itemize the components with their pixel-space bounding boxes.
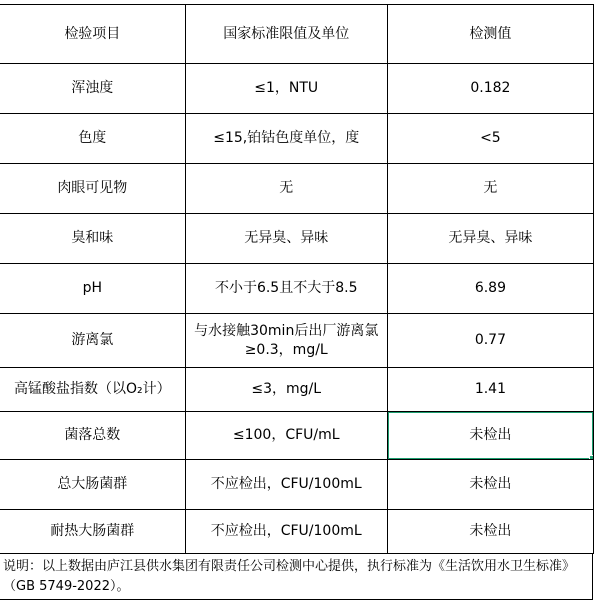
table-row: 高锰酸盐指数（以O₂计） ≤3，mg/L 1.41 [0, 368, 594, 412]
header-cell-standard[interactable]: 国家标准限值及单位 [185, 5, 387, 64]
cell-value-colony-count-selected[interactable]: 未检出 [387, 412, 593, 460]
table-row: 臭和味 无异臭、异味 无异臭、异味 [0, 214, 594, 264]
cell-item-thermotolerant-coliforms[interactable]: 耐热大肠菌群 [0, 510, 185, 554]
cell-standard-turbidity[interactable]: ≤1，NTU [185, 64, 387, 114]
cell-item-free-chlorine[interactable]: 游离氯 [0, 314, 185, 368]
cell-value-color[interactable]: <5 [387, 114, 593, 164]
cell-value-odor-taste[interactable]: 无异臭、异味 [387, 214, 593, 264]
cell-standard-permanganate-index[interactable]: ≤3，mg/L [185, 368, 387, 412]
note-line-2: （GB 5749-2022）。 [3, 577, 590, 597]
cell-item-ph[interactable]: pH [0, 264, 185, 314]
header-row: 检验项目 国家标准限值及单位 检测值 [0, 5, 594, 64]
cell-standard-visible-matter[interactable]: 无 [185, 164, 387, 214]
cell-standard-thermotolerant-coliforms[interactable]: 不应检出，CFU/100mL [185, 510, 387, 554]
cell-standard-free-chlorine[interactable]: 与水接触30min后出厂游离氯≥0.3，mg/L [185, 314, 387, 368]
table-row: 浑浊度 ≤1，NTU 0.182 [0, 64, 594, 114]
cell-standard-odor-taste[interactable]: 无异臭、异味 [185, 214, 387, 264]
cell-value-free-chlorine[interactable]: 0.77 [387, 314, 593, 368]
cell-item-total-coliforms[interactable]: 总大肠菌群 [0, 460, 185, 510]
cell-value-visible-matter[interactable]: 无 [387, 164, 593, 214]
table-row: pH 不小于6.5且不大于8.5 6.89 [0, 264, 594, 314]
note-line-1: 说明：以上数据由庐江县供水集团有限责任公司检测中心提供，执行标准为《生活饮用水卫… [3, 557, 590, 577]
header-cell-item[interactable]: 检验项目 [0, 5, 185, 64]
table-row: 耐热大肠菌群 不应检出，CFU/100mL 未检出 [0, 510, 594, 554]
cell-standard-total-coliforms[interactable]: 不应检出，CFU/100mL [185, 460, 387, 510]
cell-value-turbidity[interactable]: 0.182 [387, 64, 593, 114]
cell-value-permanganate-index[interactable]: 1.41 [387, 368, 593, 412]
cell-standard-color[interactable]: ≤15,铂钴色度单位，度 [185, 114, 387, 164]
cell-standard-colony-count[interactable]: ≤100，CFU/mL [185, 412, 387, 460]
table-row: 色度 ≤15,铂钴色度单位，度 <5 [0, 114, 594, 164]
water-quality-table: 检验项目 国家标准限值及单位 检测值 浑浊度 ≤1，NTU 0.182 色度 ≤… [0, 4, 594, 554]
water-quality-report-sheet: 检验项目 国家标准限值及单位 检测值 浑浊度 ≤1，NTU 0.182 色度 ≤… [0, 0, 598, 602]
cell-standard-ph[interactable]: 不小于6.5且不大于8.5 [185, 264, 387, 314]
table-row: 总大肠菌群 不应检出，CFU/100mL 未检出 [0, 460, 594, 510]
fill-handle[interactable] [589, 455, 594, 460]
cell-item-permanganate-index[interactable]: 高锰酸盐指数（以O₂计） [0, 368, 185, 412]
table-row: 游离氯 与水接触30min后出厂游离氯≥0.3，mg/L 0.77 [0, 314, 594, 368]
cell-value-ph[interactable]: 6.89 [387, 264, 593, 314]
table-row: 菌落总数 ≤100，CFU/mL 未检出 [0, 412, 594, 460]
cell-item-odor-taste[interactable]: 臭和味 [0, 214, 185, 264]
cell-item-color[interactable]: 色度 [0, 114, 185, 164]
header-cell-value[interactable]: 检测值 [387, 5, 593, 64]
table-row: 肉眼可见物 无 无 [0, 164, 594, 214]
cell-item-turbidity[interactable]: 浑浊度 [0, 64, 185, 114]
cell-value-total-coliforms[interactable]: 未检出 [387, 460, 593, 510]
report-note[interactable]: 说明：以上数据由庐江县供水集团有限责任公司检测中心提供，执行标准为《生活饮用水卫… [0, 554, 593, 600]
cell-value-thermotolerant-coliforms[interactable]: 未检出 [387, 510, 593, 554]
cell-item-colony-count[interactable]: 菌落总数 [0, 412, 185, 460]
cell-text: 未检出 [469, 427, 511, 443]
cell-item-visible-matter[interactable]: 肉眼可见物 [0, 164, 185, 214]
